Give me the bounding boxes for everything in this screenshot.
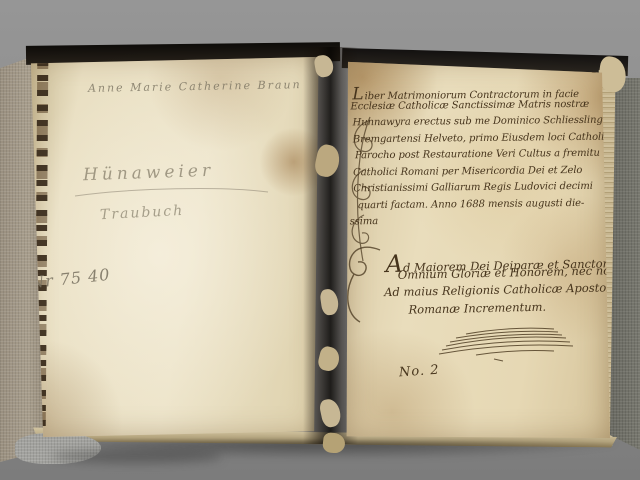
ink-dedication-block: Ad Maiorem Dei Deiparæ et Sanctorum Omni… [363, 245, 606, 320]
torn-paper-fragment [316, 345, 341, 373]
left-page: Anne Marie Catherine Braun Hünaweier Tra… [28, 55, 320, 437]
cloth-scrap-shadow [52, 450, 222, 463]
right-page: 1 Liber Matrimoniorum Contractorum in fa… [344, 58, 610, 442]
pencil-inscription-place-name: Hünaweier [83, 161, 215, 186]
pencil-inscription-book-type: Traubuch [100, 203, 185, 223]
number-annotation: No. 2 [399, 363, 440, 381]
torn-paper-fragment [313, 54, 335, 79]
ink-title-block: Liber Matrimoniorum Contractorum in faci… [352, 82, 608, 233]
ink-line: ssima [350, 214, 608, 233]
pencil-underline-flourish [72, 185, 272, 201]
ink-line: Romanæ Incrementum. [408, 298, 606, 320]
photo-backdrop: Anne Marie Catherine Braun Hünaweier Tra… [0, 0, 640, 480]
torn-paper-fragment [318, 397, 342, 428]
torn-paper-fragment [313, 143, 342, 179]
hatched-flourish-drawing [436, 324, 578, 364]
pencil-inscription-owner-name: Anne Marie Catherine Braun [88, 78, 302, 95]
torn-paper-fragment [319, 288, 339, 316]
